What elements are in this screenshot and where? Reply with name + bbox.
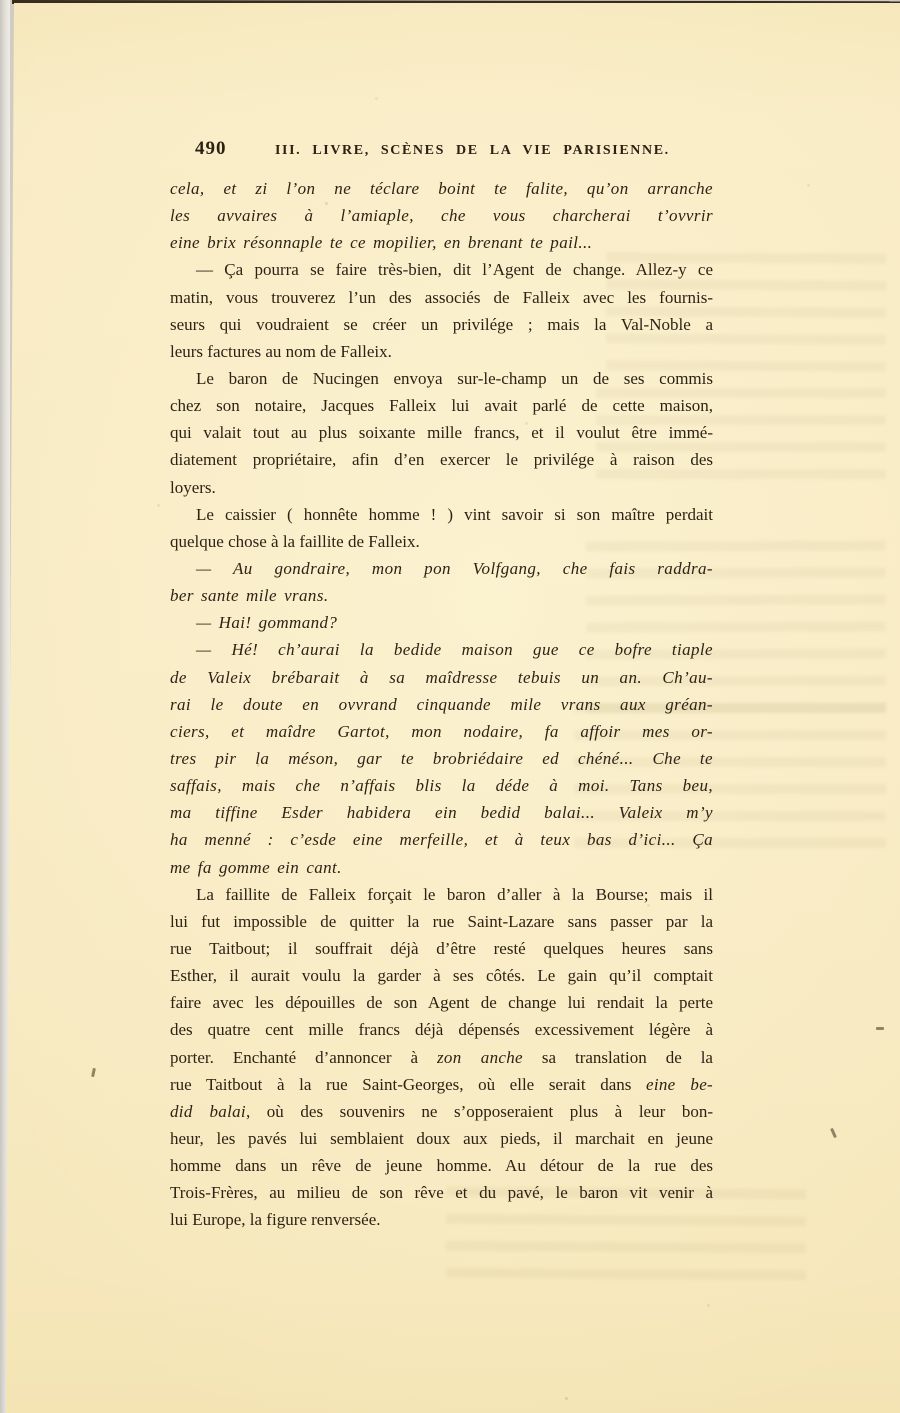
- text-segment: eine brix résonnaple te ce mopilier, en …: [170, 233, 592, 252]
- paragraph: — Hé! ch’aurai la bedide maison gue ce b…: [170, 636, 713, 880]
- text-line: rue Taitbout; il souffrait déjà d’être r…: [170, 935, 713, 962]
- text-line: homme dans un rêve de jeune homme. Au dé…: [170, 1152, 713, 1179]
- text-line: me fa gomme ein cant.: [170, 854, 713, 881]
- text-line: seurs qui voudraient se créer un privilé…: [170, 311, 713, 338]
- text-line: leurs factures au nom de Falleix.: [170, 338, 713, 365]
- text-segment: porter. Enchanté d’annoncer à: [170, 1048, 437, 1067]
- text-segment: — Hé! ch’aurai la bedide maison gue ce b…: [196, 640, 713, 659]
- text-segment: leurs factures au nom de Falleix.: [170, 342, 392, 361]
- paragraph: — Hai! gommand?: [170, 609, 713, 636]
- text-line: cela, et zi l’on ne téclare boint te fal…: [170, 175, 713, 202]
- text-line: eine brix résonnaple te ce mopilier, en …: [170, 229, 713, 256]
- text-line: loyers.: [170, 474, 713, 501]
- text-line: ciers, et maîdre Gartot, mon nodaire, fa…: [170, 718, 713, 745]
- text-segment: — Au gondraire, mon pon Volfgang, che fa…: [196, 559, 713, 578]
- text-segment: ber sante mile vrans.: [170, 586, 329, 605]
- text-segment: loyers.: [170, 478, 216, 497]
- text-line: matin, vous trouverez l’un des associés …: [170, 284, 713, 311]
- text-line: Esther, il aurait voulu la garder à ses …: [170, 962, 713, 989]
- text-segment: les avvaires à l’amiaple, che vous charc…: [170, 206, 713, 225]
- text-line: ma tiffine Esder habidera ein bedid bala…: [170, 799, 713, 826]
- text-line: heur, les pavés lui semblaient doux aux …: [170, 1125, 713, 1152]
- text-segment: lui Europe, la figure renversée.: [170, 1210, 381, 1229]
- text-line: lui Europe, la figure renversée.: [170, 1206, 713, 1233]
- text-segment: rai le doute en ovvrand cinquande mile v…: [170, 695, 713, 714]
- text-line: — Hai! gommand?: [170, 609, 713, 636]
- text-segment: matin, vous trouverez l’un des associés …: [170, 288, 713, 307]
- text-segment: de Valeix brébarait à sa maîdresse tebui…: [170, 668, 713, 687]
- text-segment: rue Taitbout; il souffrait déjà d’être r…: [170, 939, 713, 958]
- paragraph: La faillite de Falleix forçait le baron …: [170, 881, 713, 1234]
- text-segment: cela, et zi l’on ne téclare boint te fal…: [170, 179, 713, 198]
- text-segment: saffais, mais che n’affais blis la déde …: [170, 776, 713, 795]
- text-segment: ma tiffine Esder habidera ein bedid bala…: [170, 803, 713, 822]
- text-segment: eine be-: [646, 1075, 713, 1094]
- text-segment: Esther, il aurait voulu la garder à ses …: [170, 966, 713, 985]
- text-line: tres pir la méson, gar te brobriédaire e…: [170, 745, 713, 772]
- text-segment: lui fut impossible de quitter la rue Sai…: [170, 912, 713, 931]
- text-segment: sa translation de la: [523, 1048, 713, 1067]
- text-segment: Trois-Frères, au milieu de son rêve et d…: [170, 1183, 713, 1202]
- text-segment: rue Taitbout à la rue Saint-Georges, où …: [170, 1075, 646, 1094]
- text-line: — Hé! ch’aurai la bedide maison gue ce b…: [170, 636, 713, 663]
- text-segment: did balai: [170, 1102, 246, 1121]
- text-segment: ha menné : c’esde eine merfeille, et à t…: [170, 830, 713, 849]
- page-number: 490: [170, 138, 275, 160]
- text-segment: des quatre cent mille francs déjà dépens…: [170, 1020, 713, 1039]
- text-line: porter. Enchanté d’annoncer à zon anche …: [170, 1044, 713, 1071]
- text-line: lui fut impossible de quitter la rue Sai…: [170, 908, 713, 935]
- text-segment: — Hai! gommand?: [196, 613, 337, 632]
- text-line: saffais, mais che n’affais blis la déde …: [170, 772, 713, 799]
- text-segment: La faillite de Falleix forçait le baron …: [196, 885, 713, 904]
- text-segment: chez son notaire, Jacques Falleix lui av…: [170, 396, 713, 415]
- text-segment: tres pir la méson, gar te brobriédaire e…: [170, 749, 713, 768]
- text-segment: me fa gomme ein cant.: [170, 858, 342, 877]
- paragraph: Le caissier ( honnête homme ! ) vint sav…: [170, 501, 713, 555]
- text-segment: , où des souvenirs ne s’opposeraient plu…: [246, 1102, 713, 1121]
- text-line: ha menné : c’esde eine merfeille, et à t…: [170, 826, 713, 853]
- text-segment: heur, les pavés lui semblaient doux aux …: [170, 1129, 713, 1148]
- text-segment: Le baron de Nucingen envoya sur-le-champ…: [196, 369, 713, 388]
- text-segment: homme dans un rêve de jeune homme. Au dé…: [170, 1156, 713, 1175]
- text-line: faire avec les dépouilles de son Agent d…: [170, 989, 713, 1016]
- text-segment: qui valait tout au plus soixante mille f…: [170, 423, 713, 442]
- text-line: chez son notaire, Jacques Falleix lui av…: [170, 392, 713, 419]
- text-line: quelque chose à la faillite de Falleix.: [170, 528, 713, 555]
- text-line: Le caissier ( honnête homme ! ) vint sav…: [170, 501, 713, 528]
- text-line: — Ça pourra se faire très-bien, dit l’Ag…: [170, 256, 713, 283]
- header-title: III. LIVRE, SCÈNES DE LA VIE PARISIENNE.: [275, 143, 670, 159]
- paragraph: Le baron de Nucingen envoya sur-le-champ…: [170, 365, 713, 501]
- text-segment: — Ça pourra se faire très-bien, dit l’Ag…: [196, 260, 713, 279]
- text-segment: quelque chose à la faillite de Falleix.: [170, 532, 420, 551]
- text-line: de Valeix brébarait à sa maîdresse tebui…: [170, 664, 713, 691]
- text-line: did balai, où des souvenirs ne s’opposer…: [170, 1098, 713, 1125]
- text-line: rai le doute en ovvrand cinquande mile v…: [170, 691, 713, 718]
- text-line: rue Taitbout à la rue Saint-Georges, où …: [170, 1071, 713, 1098]
- text-line: Trois-Frères, au milieu de son rêve et d…: [170, 1179, 713, 1206]
- paragraph: cela, et zi l’on ne téclare boint te fal…: [170, 175, 713, 256]
- text-line: les avvaires à l’amiaple, che vous charc…: [170, 202, 713, 229]
- text-line: Le baron de Nucingen envoya sur-le-champ…: [170, 365, 713, 392]
- text-line: des quatre cent mille francs déjà dépens…: [170, 1016, 713, 1043]
- paragraph: — Au gondraire, mon pon Volfgang, che fa…: [170, 555, 713, 609]
- paragraph: — Ça pourra se faire très-bien, dit l’Ag…: [170, 256, 713, 365]
- text-line: — Au gondraire, mon pon Volfgang, che fa…: [170, 555, 713, 582]
- text-segment: diatement propriétaire, afin d’en exerce…: [170, 450, 713, 469]
- running-header: 490 III. LIVRE, SCÈNES DE LA VIE PARISIE…: [170, 138, 713, 165]
- text-segment: seurs qui voudraient se créer un privilé…: [170, 315, 713, 334]
- text-line: qui valait tout au plus soixante mille f…: [170, 419, 713, 446]
- ink-speck: [876, 1027, 884, 1030]
- text-block: cela, et zi l’on ne téclare boint te fal…: [170, 175, 713, 1233]
- text-segment: zon anche: [437, 1048, 523, 1067]
- text-line: diatement propriétaire, afin d’en exerce…: [170, 446, 713, 473]
- text-segment: faire avec les dépouilles de son Agent d…: [170, 993, 713, 1012]
- text-segment: Le caissier ( honnête homme ! ) vint sav…: [196, 505, 713, 524]
- text-segment: ciers, et maîdre Gartot, mon nodaire, fa…: [170, 722, 713, 741]
- text-line: ber sante mile vrans.: [170, 582, 713, 609]
- page-content: 490 III. LIVRE, SCÈNES DE LA VIE PARISIE…: [170, 138, 713, 1233]
- text-line: La faillite de Falleix forçait le baron …: [170, 881, 713, 908]
